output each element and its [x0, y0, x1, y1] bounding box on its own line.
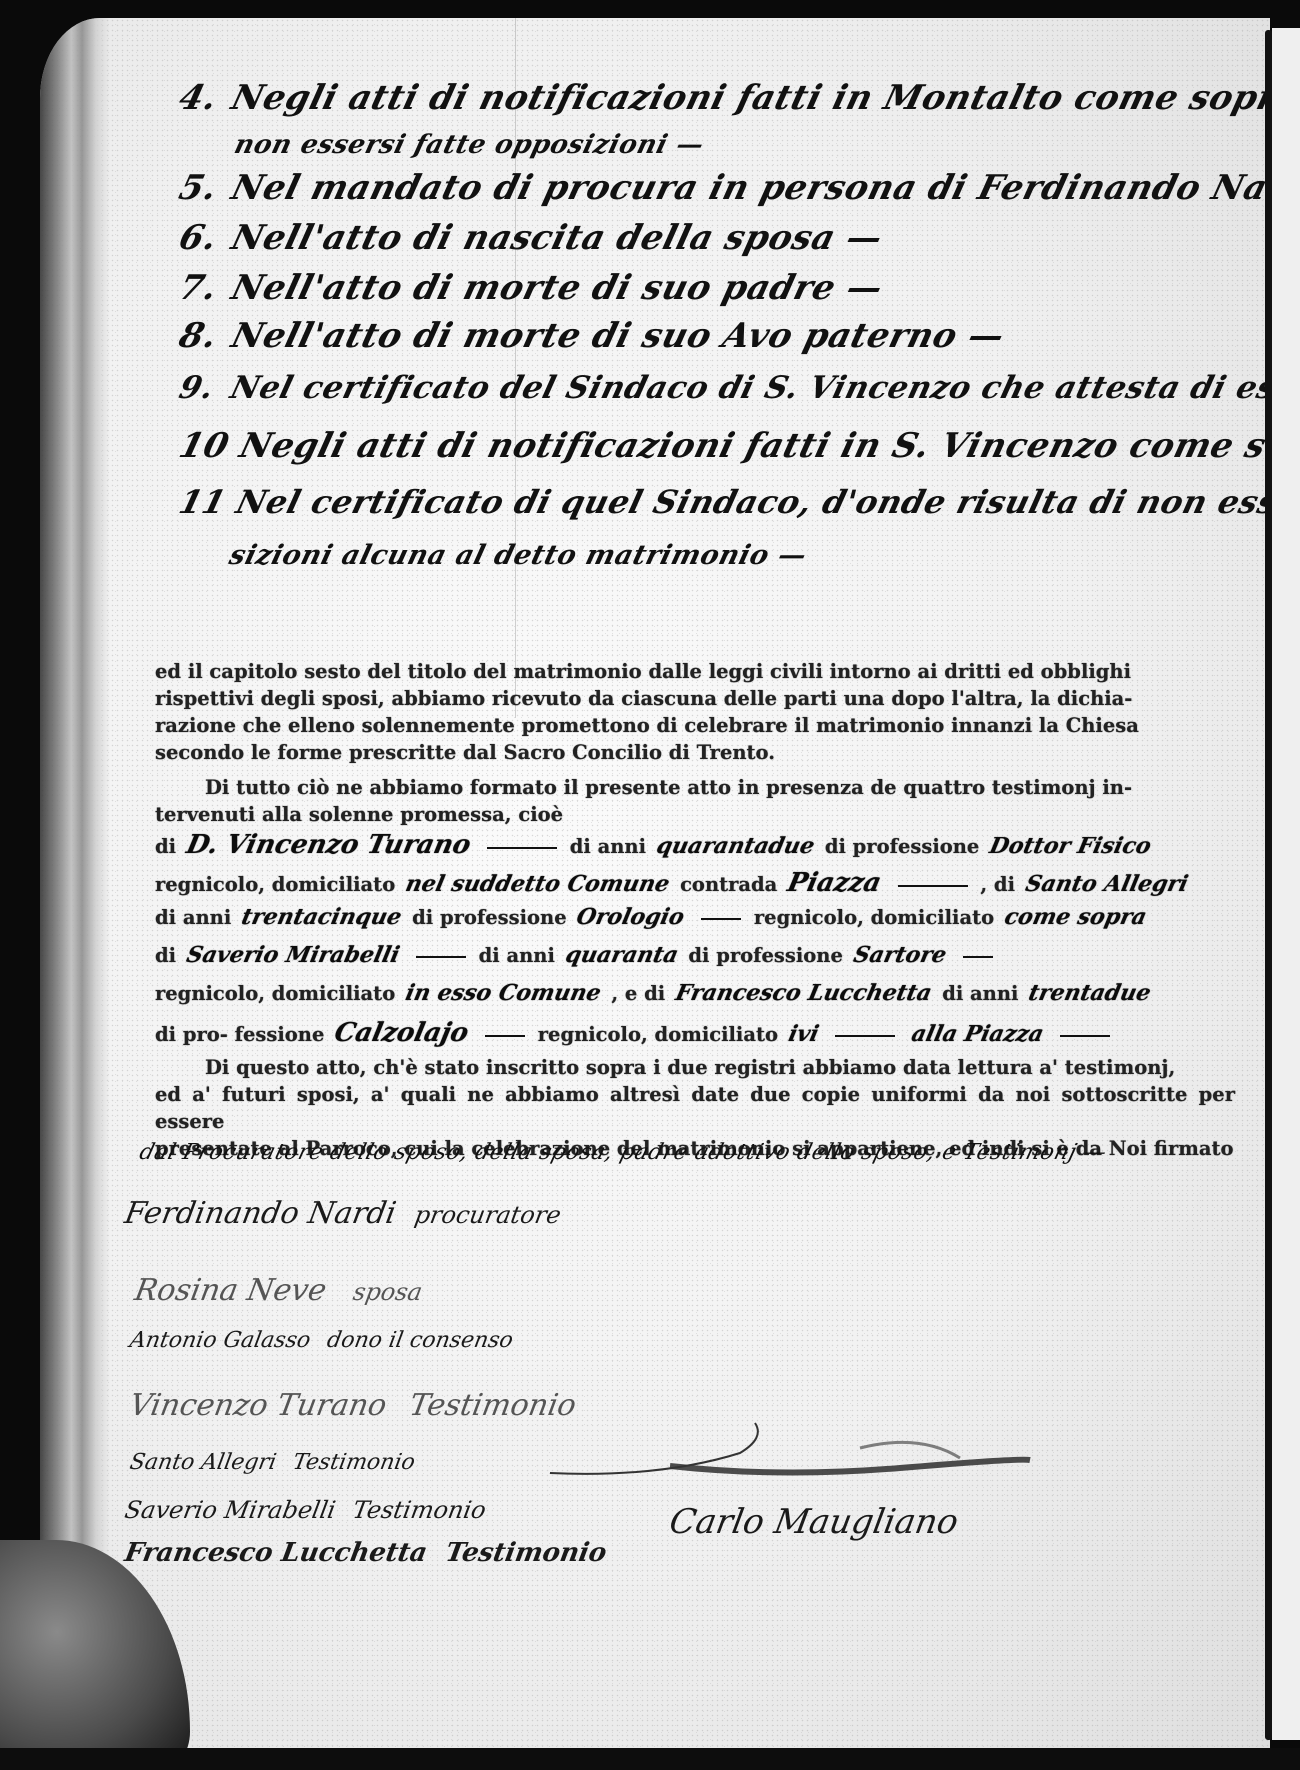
signature-sposa: Rosina Neve sposa — [132, 1273, 426, 1308]
list-number: 4. — [175, 78, 225, 118]
printed-line: ed a' futuri sposi, a' quali ne abbiamo … — [155, 1081, 1235, 1135]
list-item-8: 8. Nell'atto di morte di suo Avo paterno… — [175, 316, 1008, 356]
witness-3-domicile-line: regnicolo, domiciliato in esso Comune , … — [155, 980, 1155, 1006]
dash-line — [485, 1035, 525, 1037]
signature-name: Rosina Neve — [132, 1273, 329, 1308]
list-item-4: 4. Negli atti di notificazioni fatti in … — [175, 78, 1270, 118]
witness-street: alla Piazza — [909, 1021, 1046, 1047]
field-label: regnicolo, domiciliato — [538, 1023, 778, 1046]
signature-procuratore: Ferdinando Nardi procuratore — [122, 1196, 564, 1231]
signature-name: Francesco Lucchetta — [122, 1538, 429, 1568]
list-text: Nel certificato del Sindaco di S. Vincen… — [227, 370, 1270, 406]
signature-name: Antonio Galasso — [128, 1328, 313, 1353]
field-label: di anni — [942, 982, 1018, 1005]
signature-witness-3: Saverio Mirabelli Testimonio — [123, 1496, 489, 1524]
signature-name: Santo Allegri — [128, 1450, 278, 1475]
witness-3-line: di Saverio Mirabelli di anni quaranta di… — [155, 942, 999, 968]
witness-4-line: di pro- fessione Calzolajo regnicolo, do… — [155, 1018, 1116, 1048]
witness-1-line: di D. Vincenzo Turano di anni quarantadu… — [155, 830, 1155, 860]
list-text: Nel mandato di procura in persona di Fer… — [227, 168, 1270, 208]
dash-line — [487, 847, 557, 849]
list-number: 7. — [175, 268, 225, 308]
list-item-4-continued: non essersi fatte opposizioni — — [231, 130, 707, 160]
field-label: regnicolo, domiciliato — [155, 982, 395, 1005]
printed-line: secondo le forme prescritte dal Sacro Co… — [155, 739, 1235, 766]
witness-1-domicile-line: regnicolo, domiciliato nel suddetto Comu… — [155, 868, 1192, 898]
signature-role: Testimonio — [443, 1538, 609, 1568]
list-number: 11 — [175, 483, 230, 521]
printed-line: razione che elleno solennemente prometto… — [155, 712, 1235, 739]
dash-line — [416, 956, 466, 958]
field-label: di professione — [688, 944, 843, 967]
signature-officer: Carlo Maugliano — [666, 1502, 961, 1542]
testimonio-flourish-icon — [540, 1413, 780, 1483]
list-item-11-continued: sizioni alcuna al detto matrimonio — — [226, 540, 810, 571]
field-label: di professione — [412, 906, 567, 929]
field-label: di — [155, 835, 176, 858]
witness-age: quarantadue — [654, 833, 817, 859]
field-label: di — [155, 944, 176, 967]
witness-profession: Orologio — [575, 904, 687, 930]
witness-2-line: di anni trentacinque di professione Orol… — [155, 904, 1150, 930]
signature-role: procuratore — [413, 1201, 564, 1229]
field-label: , di — [980, 873, 1015, 896]
list-text: Nel certificato di quel Sindaco, d'onde … — [232, 483, 1270, 521]
signature-role: dono il consenso — [325, 1328, 515, 1353]
bottom-edge-shadow — [0, 1748, 1300, 1770]
printed-line: rispettivi degli sposi, abbiamo ricevuto… — [155, 685, 1235, 712]
page-fold-line — [515, 18, 516, 718]
printed-line: Di tutto ciò ne abbiamo formato il prese… — [155, 774, 1235, 801]
witness-street: Piazza — [785, 868, 884, 898]
signature-name: Saverio Mirabelli — [123, 1496, 338, 1524]
list-number: 10 — [175, 426, 233, 466]
witness-domicile: ivi — [786, 1021, 821, 1047]
list-text: sizioni alcuna al detto matrimonio — — [226, 540, 810, 571]
field-label: di anni — [570, 835, 646, 858]
signature-witness-2: Santo Allegri Testimonio — [128, 1450, 417, 1475]
witness-profession: Calzolajo — [332, 1018, 471, 1048]
witness-domicile: come sopra — [1002, 904, 1149, 930]
adjacent-page-edge — [1272, 28, 1300, 1740]
list-number: 5. — [175, 168, 225, 208]
signature-name: Carlo Maugliano — [666, 1502, 961, 1542]
list-item-11: 11 Nel certificato di quel Sindaco, d'on… — [175, 483, 1270, 521]
signature-role: Testimonio — [291, 1450, 417, 1475]
dash-line — [898, 885, 968, 887]
signature-witness-1: Vincenzo Turano Testimonio — [127, 1388, 579, 1423]
printed-line: Di questo atto, ch'è stato inscritto sop… — [155, 1054, 1235, 1081]
list-text: Nell'atto di morte di suo Avo paterno — — [227, 316, 1008, 356]
field-label: regnicolo, domiciliato — [155, 873, 395, 896]
witness-age: trentacinque — [239, 904, 404, 930]
witness-profession: Sartore — [851, 942, 949, 968]
list-number: 9. — [176, 370, 225, 406]
witness-name: D. Vincenzo Turano — [184, 830, 474, 860]
dash-line — [1060, 1035, 1110, 1037]
list-text: non essersi fatte opposizioni — — [231, 130, 707, 160]
witness-domicile: nel suddetto Comune — [403, 871, 672, 897]
field-label: contrada — [680, 873, 777, 896]
field-label: di anni — [479, 944, 555, 967]
printed-paragraph-1: ed il capitolo sesto del titolo del matr… — [155, 658, 1235, 766]
list-item-6: 6. Nell'atto di nascita della sposa — — [175, 218, 887, 258]
list-text: Negli atti di notificazioni fatti in Mon… — [227, 78, 1270, 118]
book-binding-shadow — [40, 18, 110, 1758]
signature-name: Vincenzo Turano — [127, 1388, 389, 1423]
list-number: 8. — [175, 316, 225, 356]
list-item-10: 10 Negli atti di notificazioni fatti in … — [175, 426, 1270, 466]
witness-profession: Dottor Fisico — [987, 833, 1153, 859]
field-label: di anni — [155, 906, 231, 929]
list-item-7: 7. Nell'atto di morte di suo padre — — [175, 268, 887, 308]
signature-role: sposa — [351, 1278, 425, 1306]
signature-witness-4: Francesco Lucchetta Testimonio — [122, 1538, 609, 1568]
witness-age: trentadue — [1026, 980, 1153, 1006]
printed-paragraph-2: Di tutto ciò ne abbiamo formato il prese… — [155, 774, 1235, 828]
field-label: regnicolo, domiciliato — [754, 906, 994, 929]
printed-line: ed il capitolo sesto del titolo del matr… — [155, 658, 1235, 685]
document-page: 4. Negli atti di notificazioni fatti in … — [40, 18, 1270, 1758]
witness-name: Saverio Mirabelli — [184, 942, 402, 968]
witness-name: Francesco Lucchetta — [673, 980, 934, 1006]
list-number: 6. — [175, 218, 225, 258]
signature-consent: Antonio Galasso dono il consenso — [128, 1328, 515, 1353]
list-item-5: 5. Nel mandato di procura in persona di … — [175, 168, 1270, 208]
list-text: Nell'atto di morte di suo padre — — [227, 268, 887, 308]
handwritten-closing: dal Procuratore dello sposo, della sposa… — [137, 1140, 1110, 1165]
page-edge-border — [1265, 30, 1272, 1740]
witness-age: quaranta — [563, 942, 680, 968]
dash-line — [701, 918, 741, 920]
dash-line — [835, 1035, 895, 1037]
list-text: Negli atti di notificazioni fatti in S. … — [236, 426, 1270, 466]
witness-domicile: in esso Comune — [403, 980, 603, 1006]
witness-name: Santo Allegri — [1023, 871, 1190, 897]
signature-role: Testimonio — [351, 1496, 489, 1524]
list-text: Nell'atto di nascita della sposa — — [227, 218, 886, 258]
printed-line: tervenuti alla solenne promessa, cioè — [155, 801, 1235, 828]
signature-name: Ferdinando Nardi — [122, 1196, 399, 1231]
field-label: di professione — [825, 835, 980, 858]
field-label: di pro- fessione — [155, 1023, 324, 1046]
field-label: , e di — [611, 982, 665, 1005]
dash-line — [963, 956, 993, 958]
list-item-9: 9. Nel certificato del Sindaco di S. Vin… — [176, 370, 1270, 406]
